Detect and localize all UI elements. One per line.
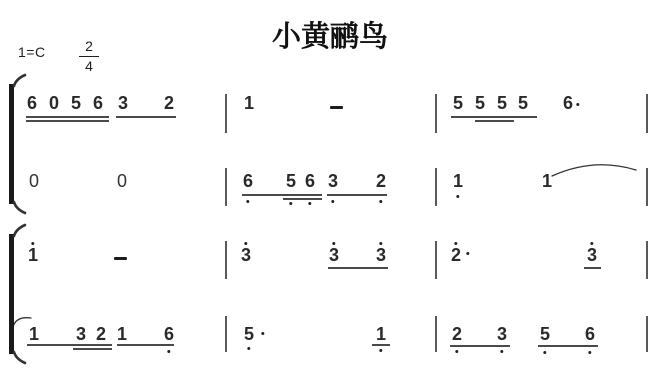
note-digit: 0 xyxy=(49,94,59,112)
note-digit: 3 xyxy=(376,246,386,264)
low-octave-dot xyxy=(455,350,458,353)
note-digit: 6 xyxy=(563,94,573,112)
low-octave-dot xyxy=(379,200,382,203)
note-digit: 1 xyxy=(117,325,127,343)
low-octave-dot xyxy=(543,351,546,354)
note-digit: 2 xyxy=(96,325,106,343)
barline xyxy=(646,168,648,206)
note-digit: 6 xyxy=(243,172,253,190)
low-octave-dot xyxy=(500,350,503,353)
beam-line xyxy=(451,116,537,118)
system-bracket xyxy=(9,234,14,354)
bracket-top-hook xyxy=(14,225,25,236)
score-canvas: 60563215555600656321113332313216512356 xyxy=(0,0,657,374)
augmentation-dot xyxy=(466,252,469,255)
note-digit: 3 xyxy=(118,94,128,112)
beam-line xyxy=(27,344,112,346)
sheet-music-page: 1=C 2 4 小黄鹂鸟 605632155556006563211133323… xyxy=(0,0,657,374)
beam-line xyxy=(372,344,390,346)
beam-line xyxy=(73,348,112,350)
beam-line xyxy=(327,194,387,196)
note-digit: 5 xyxy=(244,325,254,343)
barline xyxy=(435,168,437,206)
barline xyxy=(646,241,648,279)
note-digit: 0 xyxy=(117,172,127,190)
low-octave-dot xyxy=(246,200,249,203)
note-digit: 6 xyxy=(27,94,37,112)
note-digit: 5 xyxy=(518,94,528,112)
bracket-bottom-hook xyxy=(14,352,25,363)
note-digit: 5 xyxy=(497,94,507,112)
note-digit: 5 xyxy=(286,172,296,190)
note-digit: 1 xyxy=(542,172,552,190)
low-octave-dot xyxy=(308,202,311,205)
note-digit: 3 xyxy=(76,325,86,343)
beam-line xyxy=(26,120,109,122)
note-digit: 6 xyxy=(585,325,595,343)
note-digit: 5 xyxy=(475,94,485,112)
beam-line xyxy=(538,345,598,347)
note-digit: 5 xyxy=(71,94,81,112)
low-octave-dot xyxy=(379,349,382,352)
beam-line xyxy=(117,344,174,346)
tie-arc xyxy=(552,165,636,176)
note-digit: 3 xyxy=(587,246,597,264)
barline xyxy=(435,94,437,133)
note-digit: 6 xyxy=(93,94,103,112)
dash-note xyxy=(330,106,343,109)
low-octave-dot xyxy=(456,195,459,198)
note-digit: 3 xyxy=(329,246,339,264)
note-digit: 3 xyxy=(497,325,507,343)
barline xyxy=(225,94,227,133)
beam-line xyxy=(283,198,322,200)
beam-line xyxy=(584,267,601,269)
barline xyxy=(646,316,648,352)
note-digit: 2 xyxy=(451,246,461,264)
barline xyxy=(225,316,227,352)
barline xyxy=(225,168,227,206)
note-digit: 0 xyxy=(29,172,39,190)
bracket-top-hook xyxy=(14,75,25,86)
note-digit: 2 xyxy=(376,172,386,190)
low-octave-dot xyxy=(588,351,591,354)
dash-note xyxy=(114,257,127,260)
note-digit: 5 xyxy=(453,94,463,112)
barline xyxy=(225,241,227,279)
beam-line xyxy=(242,194,322,196)
bracket-bottom-hook xyxy=(14,202,25,213)
barline xyxy=(646,94,648,133)
note-digit: 5 xyxy=(540,325,550,343)
note-digit: 2 xyxy=(452,325,462,343)
low-octave-dot xyxy=(167,350,170,353)
beam-line xyxy=(475,120,514,122)
beam-line xyxy=(328,267,388,269)
note-digit: 1 xyxy=(376,325,386,343)
beam-line xyxy=(116,116,176,118)
system-bracket xyxy=(9,84,14,204)
note-digit: 6 xyxy=(305,172,315,190)
note-digit: 3 xyxy=(328,172,338,190)
note-digit: 1 xyxy=(453,172,463,190)
augmentation-dot xyxy=(576,103,579,106)
low-octave-dot xyxy=(331,200,334,203)
note-digit: 6 xyxy=(164,325,174,343)
note-digit: 2 xyxy=(164,94,174,112)
augmentation-dot xyxy=(261,332,264,335)
beam-line xyxy=(26,116,109,118)
low-octave-dot xyxy=(289,202,292,205)
note-digit: 1 xyxy=(29,325,39,343)
note-digit: 1 xyxy=(28,246,38,264)
note-digit: 1 xyxy=(244,94,254,112)
beam-line xyxy=(450,345,510,347)
low-octave-dot xyxy=(247,347,250,350)
note-digit: 3 xyxy=(241,246,251,264)
barline xyxy=(435,241,437,279)
barline xyxy=(435,316,437,352)
